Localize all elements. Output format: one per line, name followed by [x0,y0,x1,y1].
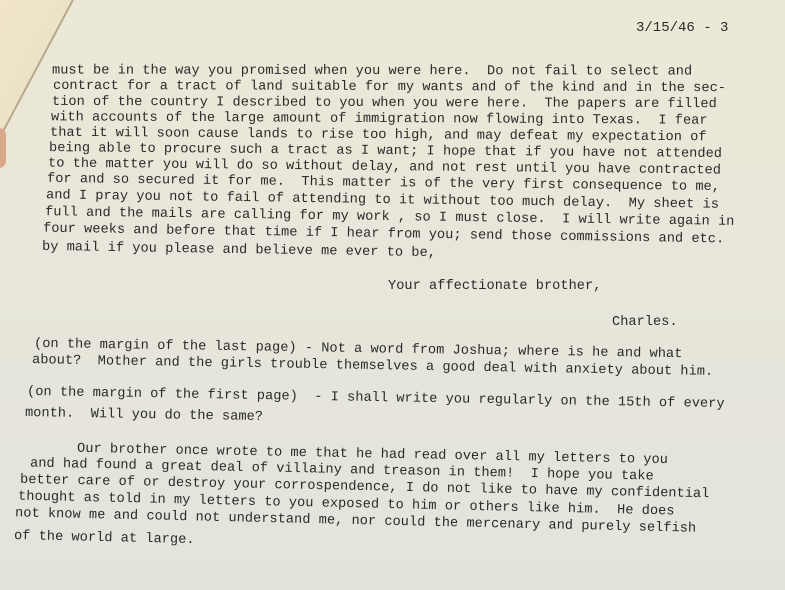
note-line: month. Will you do the same? [25,406,263,425]
body-line: contract for a tract of land suitable fo… [53,79,726,96]
page-reference: 3/15/46 - 3 [636,20,728,36]
body-line: must be in the way you promised when you… [52,63,692,79]
closing-salutation: Your affectionate brother, [388,279,601,294]
thumb [0,128,6,168]
body-line: tion of the country I described to you w… [52,95,717,112]
signature: Charles. [612,315,678,330]
body-line: by mail if you please and believe me eve… [42,240,436,261]
paragraph-line: of the world at large. [14,529,195,548]
